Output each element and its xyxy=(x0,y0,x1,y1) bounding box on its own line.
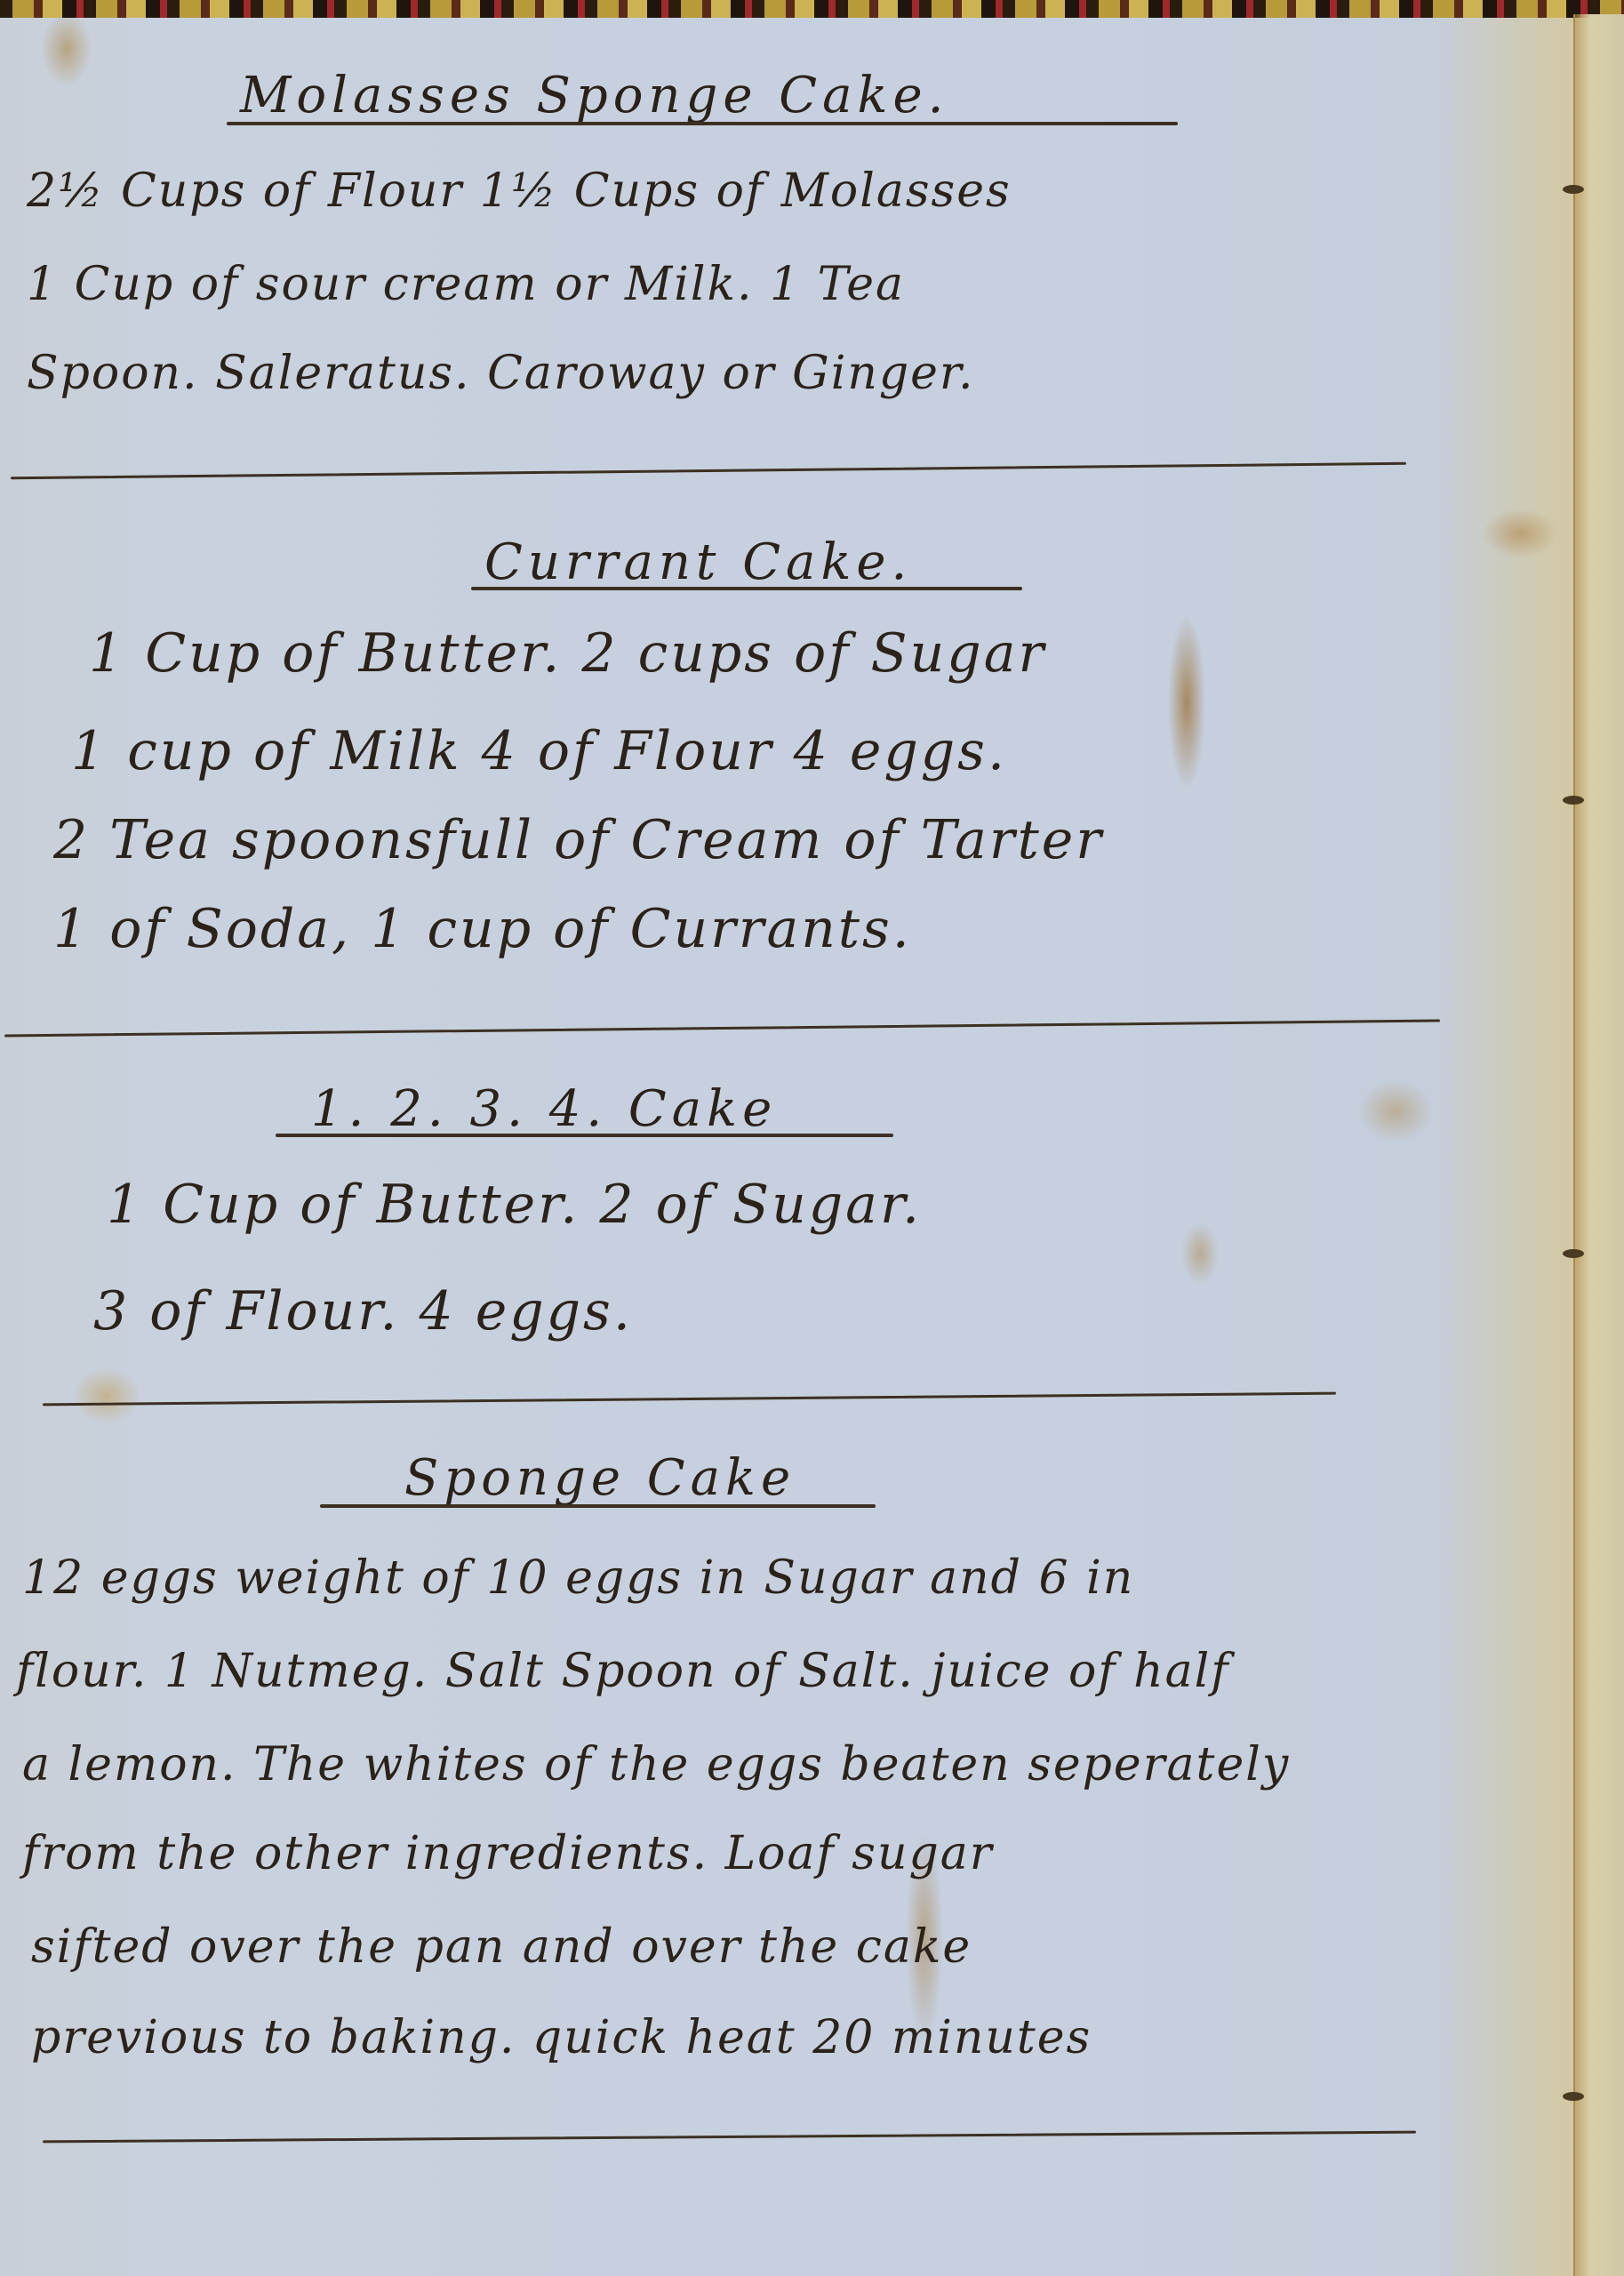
recipe-title: Molasses Sponge Cake. xyxy=(240,67,948,124)
recipe-line: 1 Cup of Butter. 2 of Sugar. xyxy=(107,1174,922,1236)
recipe-line: previous to baking. quick heat 20 minute… xyxy=(31,2011,1092,2064)
title-underline xyxy=(471,587,1022,590)
recipe-title: 1. 2. 3. 4. Cake xyxy=(311,1080,777,1138)
binding-stitch xyxy=(1563,2092,1584,2101)
section-divider xyxy=(43,2131,1416,2144)
recipe-title: Currant Cake. xyxy=(484,533,912,591)
recipe-line: 1 Cup of Butter. 2 cups of Sugar xyxy=(89,622,1046,685)
marbled-page-edge xyxy=(0,0,1624,18)
recipe-line: 2½ Cups of Flour 1½ Cups of Molasses xyxy=(27,164,1012,218)
title-underline xyxy=(320,1504,876,1508)
recipe-line: 1 cup of Milk 4 of Flour 4 eggs. xyxy=(71,720,1007,782)
title-underline xyxy=(227,122,1178,125)
recipe-title: Sponge Cake xyxy=(404,1449,796,1507)
recipe-line: Spoon. Saleratus. Caroway or Ginger. xyxy=(27,347,975,400)
binding-stitch xyxy=(1563,1249,1584,1258)
recipe-line: 1 of Soda, 1 cup of Currants. xyxy=(53,898,912,960)
section-divider xyxy=(11,462,1406,479)
binding-stitch xyxy=(1563,185,1584,194)
section-divider xyxy=(43,1392,1336,1406)
recipe-line: a lemon. The whites of the eggs beaten s… xyxy=(22,1738,1290,1791)
title-underline xyxy=(276,1134,893,1137)
section-divider xyxy=(4,1020,1440,1038)
recipe-line: 2 Tea spoonsfull of Cream of Tarter xyxy=(53,809,1104,871)
recipe-line: 12 eggs weight of 10 eggs in Sugar and 6… xyxy=(22,1551,1134,1605)
recipe-line: sifted over the pan and over the cake xyxy=(31,1920,972,1974)
recipe-line: 1 Cup of sour cream or Milk. 1 Tea xyxy=(27,258,905,311)
binding-stitch xyxy=(1563,796,1584,805)
recipe-line: flour. 1 Nutmeg. Salt Spoon of Salt. jui… xyxy=(16,1645,1229,1698)
recipe-line: 3 of Flour. 4 eggs. xyxy=(93,1280,633,1342)
recipe-line: from the other ingredients. Loaf sugar xyxy=(22,1827,994,1880)
book-binding-gutter xyxy=(1573,14,1624,2276)
recipe-book-page: Molasses Sponge Cake. 2½ Cups of Flour 1… xyxy=(0,0,1624,2276)
